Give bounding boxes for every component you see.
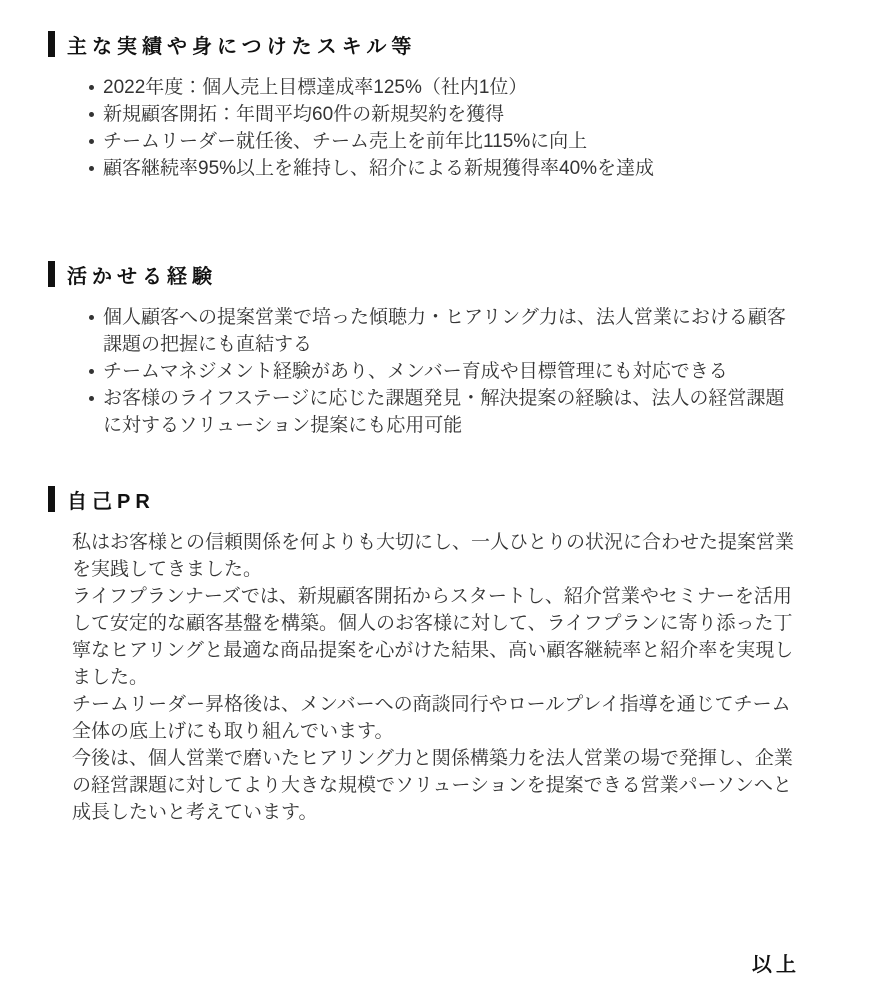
self-pr-paragraph: 私はお客様との信頼関係を何よりも大切にし、一人ひとりの状況に合わせた提案営業を実… xyxy=(72,529,800,583)
list-item: お客様のライフステージに応じた課題発見・解決提案の経験は、法人の経営課題に対する… xyxy=(48,385,800,439)
self-pr-paragraph: チームリーダー昇格後は、メンバーへの商談同行やロールプレイ指導を通じてチーム全体… xyxy=(72,691,800,745)
achievements-list: 2022年度：個人売上目標達成率125%（社内1位） 新規顧客開拓：年間平均60… xyxy=(48,74,800,182)
experience-list: 個人顧客への提案営業で培った傾聴力・ヒアリング力は、法人営業における顧客課題の把… xyxy=(48,304,800,439)
section-achievements: 主な実績や身につけたスキル等 2022年度：個人売上目標達成率125%（社内1位… xyxy=(48,30,800,182)
section-self-pr-heading: 自己PR xyxy=(48,485,800,513)
list-item: 2022年度：個人売上目標達成率125%（社内1位） xyxy=(48,74,800,101)
heading-accent-bar xyxy=(48,261,55,287)
list-item: 顧客継続率95%以上を維持し、紹介による新規獲得率40%を達成 xyxy=(48,155,800,182)
self-pr-paragraph: ライフプランナーズでは、新規顧客開拓からスタートし、紹介営業やセミナーを活用して… xyxy=(72,583,800,691)
section-achievements-heading: 主な実績や身につけたスキル等 xyxy=(48,30,800,58)
self-pr-paragraph: 今後は、個人営業で磨いたヒアリング力と関係構築力を法人営業の場で発揮し、企業の経… xyxy=(72,745,800,826)
closing-text: 以上 xyxy=(48,948,800,977)
heading-accent-bar xyxy=(48,486,55,512)
list-item: 新規顧客開拓：年間平均60件の新規契約を獲得 xyxy=(48,101,800,128)
section-experience: 活かせる経験 個人顧客への提案営業で培った傾聴力・ヒアリング力は、法人営業におけ… xyxy=(48,260,800,439)
list-item: チームマネジメント経験があり、メンバー育成や目標管理にも対応できる xyxy=(48,358,800,385)
list-item: 個人顧客への提案営業で培った傾聴力・ヒアリング力は、法人営業における顧客課題の把… xyxy=(48,304,800,358)
section-achievements-heading-text: 主な実績や身につけたスキル等 xyxy=(67,30,416,59)
section-self-pr: 自己PR 私はお客様との信頼関係を何よりも大切にし、一人ひとりの状況に合わせた提… xyxy=(48,485,800,826)
heading-accent-bar xyxy=(48,31,55,57)
section-experience-heading: 活かせる経験 xyxy=(48,260,800,288)
self-pr-body: 私はお客様との信頼関係を何よりも大切にし、一人ひとりの状況に合わせた提案営業を実… xyxy=(72,529,800,826)
section-experience-heading-text: 活かせる経験 xyxy=(67,260,217,289)
section-self-pr-heading-text: 自己PR xyxy=(67,485,155,514)
resume-document-page: 主な実績や身につけたスキル等 2022年度：個人売上目標達成率125%（社内1位… xyxy=(0,0,876,1002)
list-item: チームリーダー就任後、チーム売上を前年比115%に向上 xyxy=(48,128,800,155)
